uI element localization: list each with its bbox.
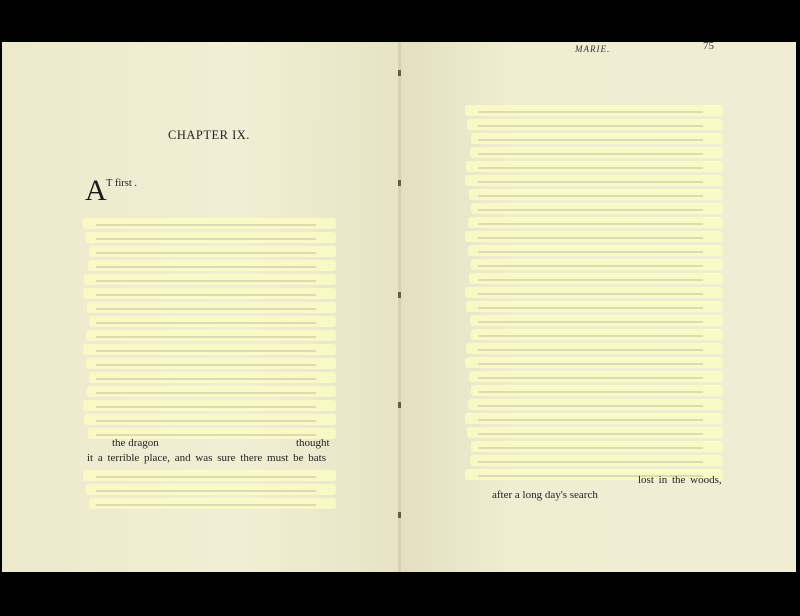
faded-text — [96, 322, 316, 324]
faded-text — [96, 224, 316, 226]
faded-text — [96, 378, 316, 380]
faded-text — [478, 139, 703, 141]
faded-text — [478, 167, 703, 169]
faded-text — [96, 238, 316, 240]
faded-text — [478, 447, 703, 449]
faded-text — [96, 308, 316, 310]
binding-stitch — [398, 180, 401, 186]
faded-text — [478, 433, 703, 435]
faded-text — [478, 209, 703, 211]
faded-text — [478, 111, 703, 113]
faded-text — [478, 279, 703, 281]
faded-text — [478, 335, 703, 337]
faded-text — [478, 223, 703, 225]
visible-phrase: it a terrible place, and was sure there … — [87, 452, 326, 464]
book-gutter — [398, 42, 401, 572]
faded-text — [478, 363, 703, 365]
faded-text — [96, 406, 316, 408]
visible-phrase: after a long day's search — [492, 489, 598, 501]
binding-stitch — [398, 512, 401, 518]
faded-text — [96, 434, 316, 436]
faded-text — [478, 195, 703, 197]
faded-text — [478, 307, 703, 309]
faded-text — [96, 476, 316, 478]
faded-text — [478, 237, 703, 239]
visible-phrase: lost in the woods, — [638, 474, 722, 486]
faded-text — [96, 266, 316, 268]
faded-text — [478, 181, 703, 183]
faded-text — [478, 153, 703, 155]
faded-text — [478, 265, 703, 267]
faded-text — [96, 490, 316, 492]
visible-phrase: the dragon — [112, 437, 159, 449]
faded-text — [478, 349, 703, 351]
running-head: MARIE. — [575, 44, 610, 54]
visible-phrase: thought — [296, 437, 330, 449]
faded-text — [478, 461, 703, 463]
drop-cap: A — [85, 176, 107, 206]
faded-text — [478, 419, 703, 421]
faded-text — [96, 504, 316, 506]
faded-text — [96, 294, 316, 296]
faded-text — [96, 420, 316, 422]
faded-text — [96, 364, 316, 366]
faded-text — [478, 405, 703, 407]
faded-text — [478, 391, 703, 393]
binding-stitch — [398, 402, 401, 408]
binding-stitch — [398, 292, 401, 298]
page-number: 75 — [703, 40, 714, 52]
faded-text — [96, 336, 316, 338]
chapter-heading: CHAPTER IX. — [168, 128, 250, 143]
faded-text — [478, 321, 703, 323]
faded-text — [478, 251, 703, 253]
faded-text — [478, 377, 703, 379]
opening-words: T first . — [106, 178, 137, 189]
faded-text — [96, 350, 316, 352]
faded-text — [478, 125, 703, 127]
faded-text — [96, 252, 316, 254]
binding-stitch — [398, 70, 401, 76]
faded-text — [478, 293, 703, 295]
faded-text — [96, 280, 316, 282]
faded-text — [96, 392, 316, 394]
